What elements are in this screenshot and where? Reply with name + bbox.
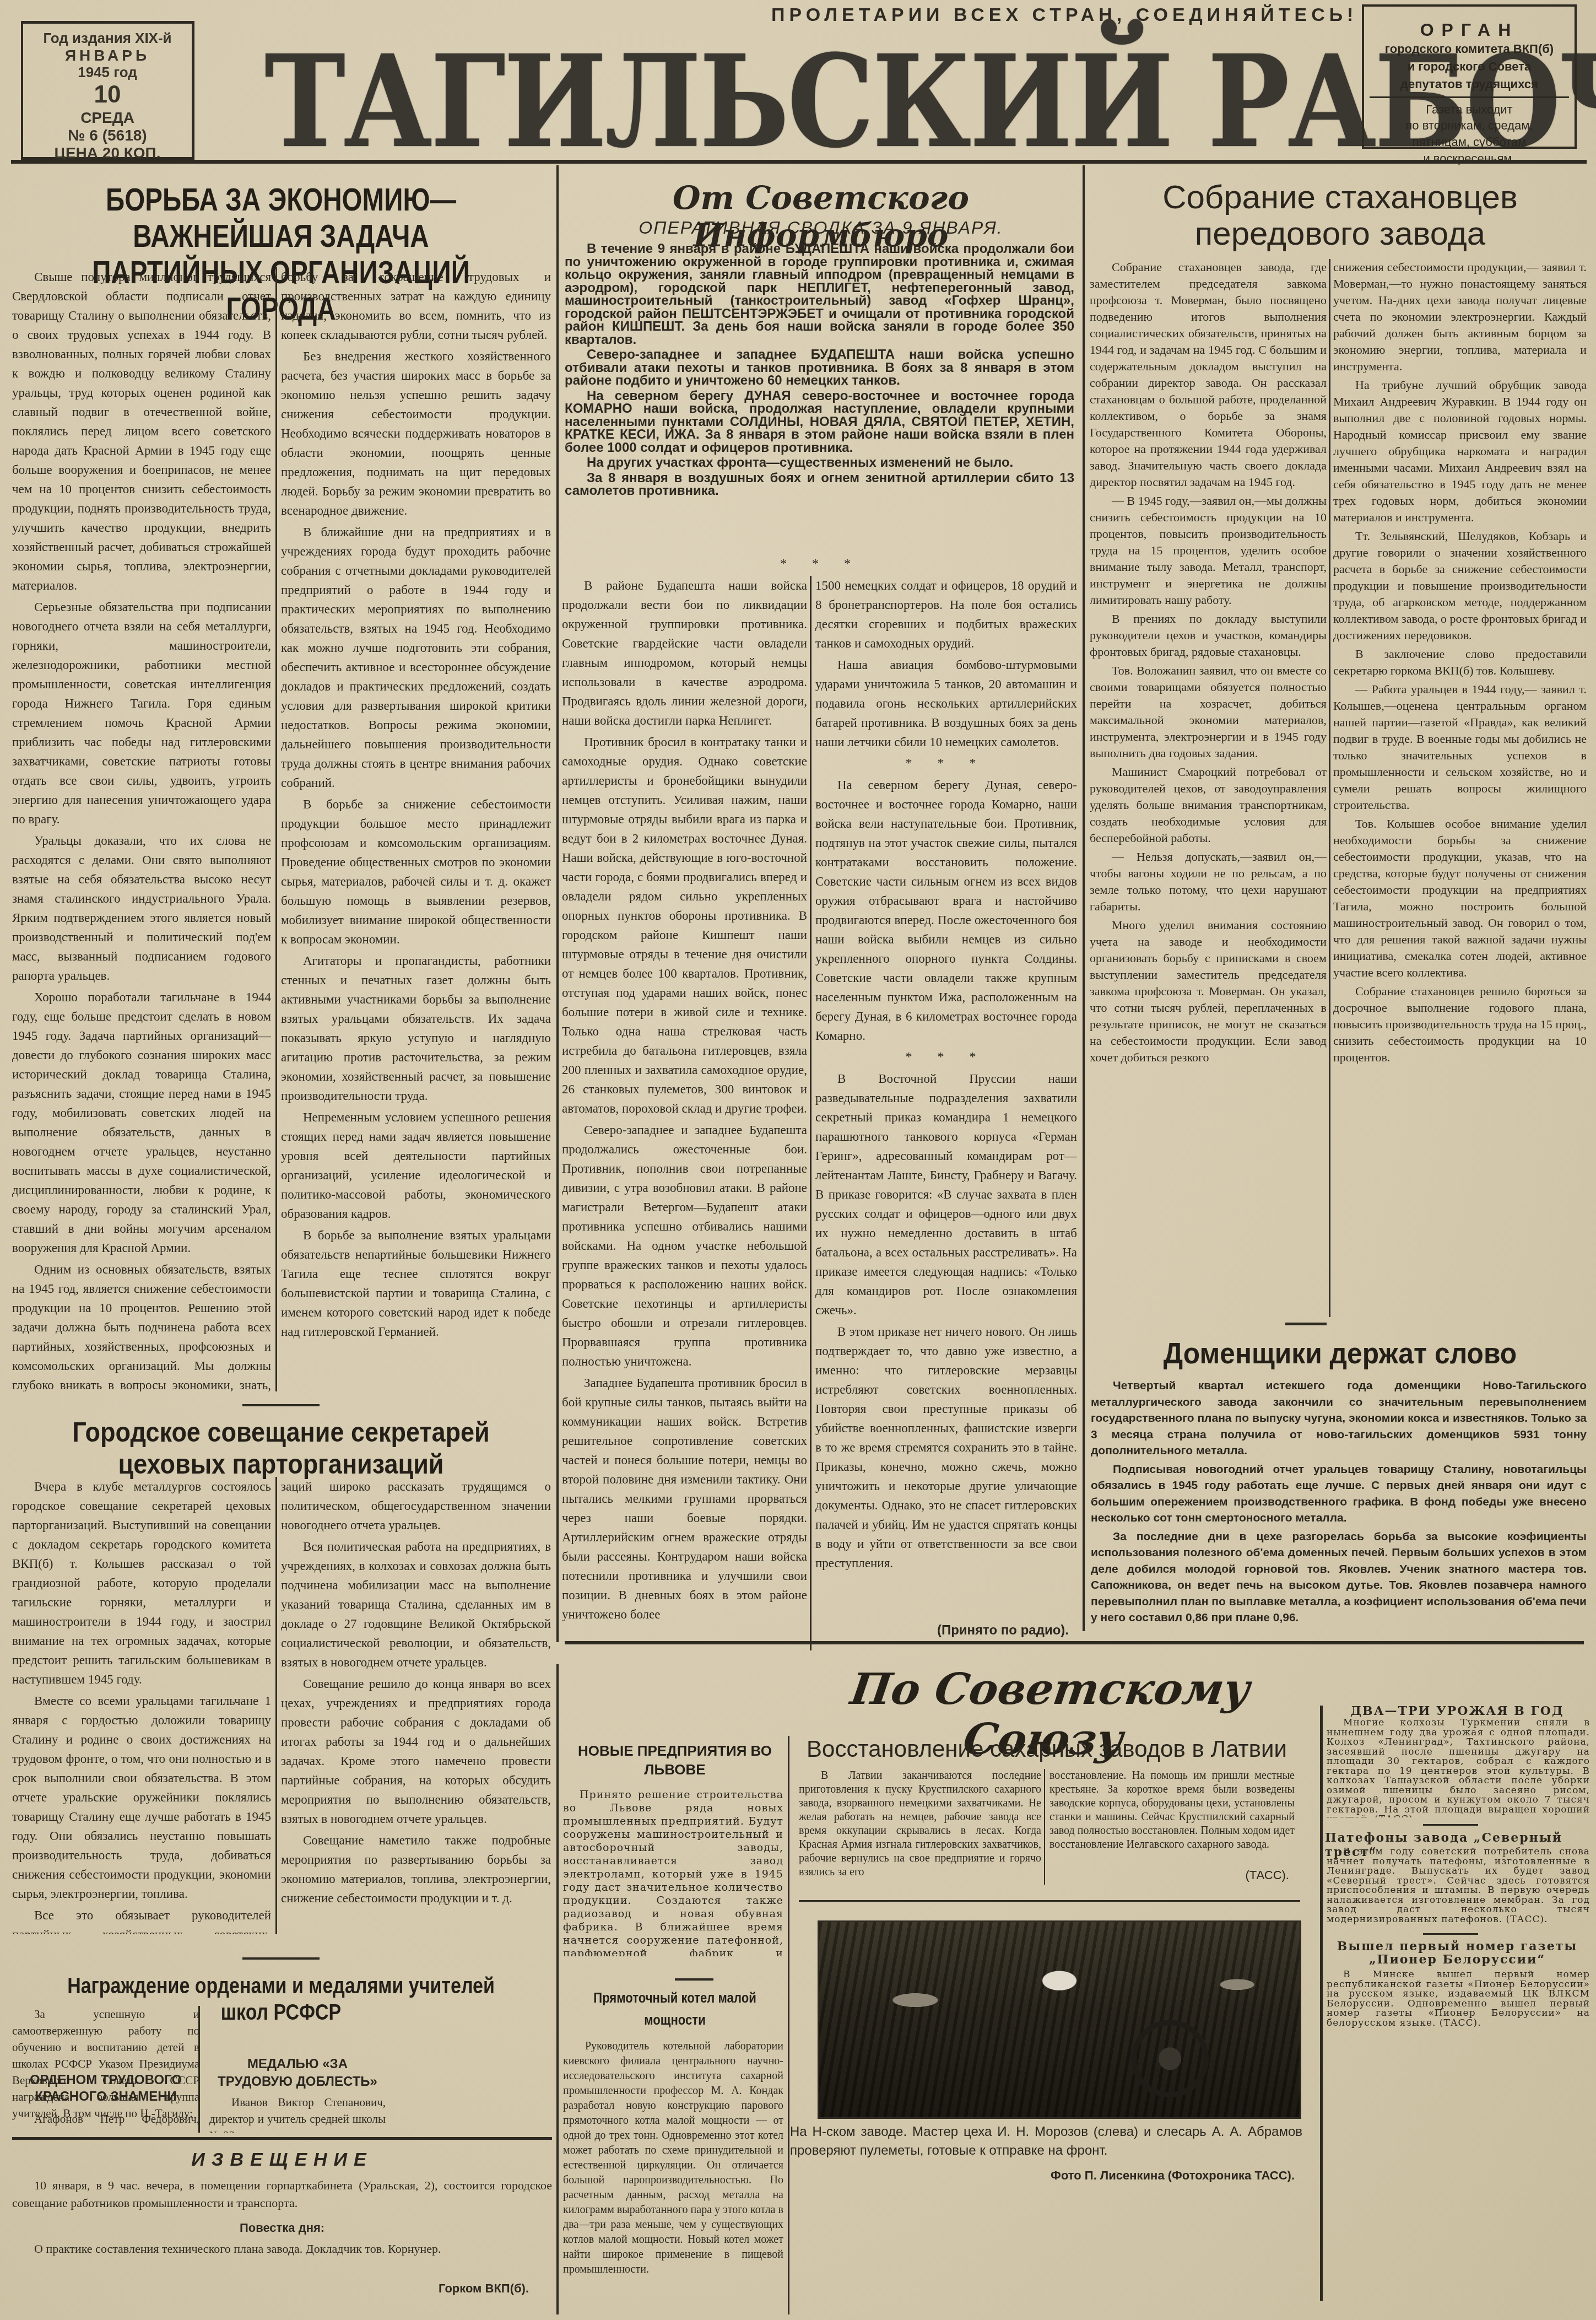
organ-line: и городского Совета [1364,58,1575,75]
latvia-source: (ТАСС). [1212,1868,1289,1882]
paragraph: Вся политическая работа на предприятиях,… [281,1537,551,1672]
paragraph: На северном берегу Дуная, северо-восточн… [815,775,1077,1045]
column-divider [810,576,811,1650]
paragraph: Противник бросил в контратаку танки и са… [562,732,807,1118]
secretaries-col-1: Вчера в клубе металлургов состоялось гор… [12,1477,271,1934]
column-divider [556,165,559,1642]
issue-weekday: СРЕДА [23,109,192,127]
latvia-col-2: восстановление. На помощь им пришли мест… [1049,1769,1295,1868]
paragraph: В Минске вышел первый номер республиканс… [1327,1970,1590,2028]
schedule-line: Газета выходит [1364,101,1575,118]
column-divider [275,1477,277,1934]
paragraph: Тт. Зельвянский, Шелудяков, Кобзарь и др… [1333,528,1587,644]
stakhanov-col-1: Собрание стахановцев завода, где замести… [1090,259,1327,1317]
notice-signature: Горком ВКП(б). [309,2281,529,2296]
organ-line: депутатов трудящихся [1364,75,1575,93]
paragraph: заций широко рассказать трудящимся о пол… [281,1477,551,1535]
paragraph: борьбу за сокращение трудовых и производ… [281,267,551,344]
domenshchiki-text: Четвертый квартал истекшего года доменщи… [1091,1378,1587,1637]
headline-line: Городское совещание секретарей [38,1416,524,1448]
schedule-line: пятницам, субботам [1364,134,1575,150]
publication-year: Год издания XIX-й [23,30,192,47]
notice-text: 10 января, в 9 час. вечера, в помещении … [12,2177,552,2221]
agenda-text: О практике составления технического план… [12,2240,552,2279]
paragraph: Принято решение строительства во Львове … [563,1788,783,1956]
photo-caption: На Н-ском заводе. Мастер цеха И. Н. Моро… [790,2123,1302,2167]
boiler-text: Руководитель котельной лаборатории киевс… [563,2039,783,2314]
section-rule [565,1641,1584,1644]
paragraph: Агафонов Петр Федорович, инспектор город… [12,2111,199,2133]
secretaries-headline: Городское совещание секретарей цеховых п… [38,1416,524,1480]
column-divider [198,2006,200,2133]
headline-line: БОРЬБА ЗА ЭКОНОМИЮ—ВАЖНЕЙШАЯ ЗАДАЧА [59,182,502,255]
paragraph: 1500 немецких солдат и офицеров, 18 оруд… [815,576,1077,653]
latvia-headline: Восстановление сахарных заводов в Латвии [793,1736,1300,1762]
paragraph: В течение 9 января в районе БУДАПЕШТА на… [565,242,1074,346]
radio-source: (Принято по радио). [881,1623,1069,1638]
paragraph: Непременным условием успешного решения с… [281,1108,551,1223]
paragraph: Вчера в клубе металлургов состоялось гор… [12,1477,271,1689]
order-title: ОРДЕНОМ ТРУДОВОГО КРАСНОГО ЗНАМЕНИ [12,2072,199,2105]
paragraph: Машинист Смароцкий потребовал от руковод… [1090,764,1327,846]
paragraph: — В 1945 году,—заявил он,—мы должны сниз… [1090,493,1327,608]
ornament-divider [1423,1933,1478,1935]
paragraph: В борьбе за снижение себестоимости проду… [281,795,551,949]
harvest-headline: ДВА—ТРИ УРОЖАЯ В ГОД [1325,1704,1589,1718]
paragraph: Наша авиация бомбово-штурмовыми ударами … [815,655,1077,752]
ornament-divider [242,1404,320,1406]
issue-info-box: Год издания XIX-й ЯНВАРЬ 1945 год 10 СРЕ… [21,21,194,160]
paragraph: Северо-западнее и западнее Будапешта про… [562,1120,807,1371]
informburo-col-2: 1500 немецких солдат и офицеров, 18 оруд… [815,576,1077,1623]
secretaries-col-2: заций широко рассказать трудящимся о пол… [281,1477,551,1934]
paragraph: Все это обязывает руководителей партийны… [12,1906,271,1934]
paragraph: Собрание стахановцев решило бороться за … [1333,983,1587,1066]
informburo-lead: В течение 9 января в районе БУДАПЕШТА на… [565,242,1074,551]
paragraph: В Латвии заканчиваются последние пригото… [799,1769,1041,1879]
ornament-divider [242,1957,320,1960]
paragraph: Иванов Виктор Степанович, директор и учи… [209,2094,386,2133]
organ-box: ОРГАН городского комитета ВКП(б) и город… [1362,4,1577,149]
column-divider [556,1664,559,2314]
schedule-line: и воскресеньям. [1364,150,1575,167]
paragraph: восстановление. На помощь им пришли мест… [1049,1769,1295,1852]
issue-month: ЯНВАРЬ [23,47,192,64]
organ-heading: ОРГАН [1364,20,1575,40]
ornament-divider [675,1978,713,1981]
separator-stars: * * * [562,557,1080,571]
photo-credit: Фото П. Лисенкина (Фотохроника ТАСС). [992,2168,1295,2183]
newspaper-title: ТАГИЛЬСКИЙ РАБОЧИЙ [264,39,1212,165]
paragraph: Западнее Будапешта противник бросил в бо… [562,1373,807,1624]
paragraph: 10 января, в 9 час. вечера, в помещении … [12,2177,552,2212]
paragraph: В этом приказе нет ничего нового. Он лиш… [815,1322,1077,1573]
headline-line: Собрание стахановцев [1088,179,1592,215]
lviv-headline: НОВЫЕ ПРЕДПРИЯТИЯ ВО ЛЬВОВЕ [562,1741,788,1779]
paragraph: На северном берегу ДУНАЯ северо-восточне… [565,390,1074,455]
gramophones-text: В этом году советский потребитель снова … [1327,1847,1590,1930]
paragraph: В борьбе за выполнение взятых уральцами … [281,1226,551,1341]
paragraph: Совещание решило до конца января во всех… [281,1674,551,1828]
stakhanov-headline: Собрание стахановцев передового завода [1088,179,1592,252]
issue-day: 10 [23,81,192,109]
paragraph: снижения себестоимости продукции,— заяви… [1333,259,1587,375]
issue-year: 1945 год [23,64,192,81]
column-divider [275,267,277,1391]
ornament-divider [1423,1824,1478,1826]
paragraph: Без внедрения жесткого хозяйственного ра… [281,347,551,520]
headline-line: передового завода [1088,215,1592,252]
paragraph: В районе Будапешта наши войска продолжал… [562,576,807,730]
informburo-subheadline: ОПЕРАТИВНАЯ СВОДКА ЗА 9 ЯНВАРЯ. [562,218,1080,238]
paragraph: Агитаторы и пропагандисты, работники сте… [281,951,551,1105]
slogan: ПРОЛЕТАРИИ ВСЕХ СТРАН, СОЕДИНЯЙТЕСЬ! [771,4,1357,26]
headline-line: цеховых парторганизаций [38,1448,524,1480]
masthead-rule [11,160,1587,164]
paragraph: В Восточной Пруссии наши разведывательны… [815,1069,1077,1320]
domenshchiki-headline: Доменщики держат слово [1108,1336,1572,1371]
section-rule [799,1900,1300,1902]
factory-photo [818,1920,1301,2119]
section-rule [12,2137,552,2140]
paragraph: На трибуне лучший обрубщик завода Михаил… [1333,377,1587,526]
schedule-line: по вторникам, средам, [1364,117,1575,134]
stakhanov-col-2: снижения себестоимости продукции,— заяви… [1333,259,1587,1317]
issue-number: № 6 (5618) [23,127,192,144]
paragraph: Тов. Воложанин заявил, что он вместе со … [1090,662,1327,762]
informburo-col-1: В районе Будапешта наши войска продолжал… [562,576,807,1650]
order-recipient: Агафонов Петр Федорович, инспектор город… [12,2111,199,2133]
economy-col-1: Свыше полутора миллионов трудящихся Свер… [12,267,271,1391]
paragraph: Много уделил внимания состоянию учета на… [1090,917,1327,1066]
paragraph: О практике составления технического план… [12,2240,552,2258]
paragraph: — Работа уральцев в 1944 году,— заявил т… [1333,681,1587,813]
paragraph: За 8 января в воздушных боях и огнем зен… [565,472,1074,498]
paragraph: Многие колхозы Туркмении сняли в нынешне… [1327,1718,1590,1817]
organ-line: городского комитета ВКП(б) [1364,40,1575,58]
paragraph: — Нельзя допускать,—заявил он,—чтобы ваг… [1090,849,1327,915]
economy-col-2: борьбу за сокращение трудовых и производ… [281,267,551,1391]
notice-heading: ИЗВЕЩЕНИЕ [12,2149,552,2171]
column-divider [1320,1706,1323,2301]
paragraph: В этом году советский потребитель снова … [1327,1847,1590,1924]
harvest-text: Многие колхозы Туркмении сняли в нынешне… [1327,1718,1590,1817]
divider [1370,96,1569,98]
medal-title: МЕДАЛЬЮ «ЗА ТРУДОВУЮ ДОБЛЕСТЬ» [209,2055,386,2091]
paragraph: Подписывая новогодний отчет уральцев тов… [1091,1461,1587,1526]
paragraph: Серьезные обязательства при подписании н… [12,597,271,829]
column-divider [1044,1769,1045,1885]
latvia-col-1: В Латвии заканчиваются последние пригото… [799,1769,1041,1885]
paragraph: На других участках фронта—существенных и… [565,456,1074,470]
paragraph: Уральцы доказали, что их слова не расход… [12,831,271,985]
agenda-label: Повестка дня: [12,2221,552,2235]
paragraph: Тов. Колышев особое внимание уделил необ… [1333,816,1587,981]
paragraph: В ближайшие дни на предприятиях и в учре… [281,522,551,792]
paragraph: Вместе со всеми уральцами тагильчане 1 я… [12,1691,271,1903]
paragraph: В прениях по докладу выступили руководит… [1090,611,1327,660]
paragraph: Руководитель котельной лаборатории киевс… [563,2039,783,2277]
paragraph: Свыше полутора миллионов трудящихся Свер… [12,267,271,595]
separator-stars: * * * [815,754,1077,773]
lviv-text: Принято решение строительства во Львове … [563,1788,783,1956]
ornament-divider [1285,1323,1327,1325]
paragraph: В заключение слово предоставили секретар… [1333,646,1587,679]
paragraph: Одним из основных обязательств, взятых н… [12,1260,271,1391]
paragraph: Собрание стахановцев завода, где замести… [1090,259,1327,490]
paragraph: Совещание наметило также подробные мероп… [281,1831,551,1908]
boiler-headline: Прямоточный котел малой мощности [579,1987,771,2031]
paragraph: За последние дни в цехе разгорелась борь… [1091,1529,1587,1626]
pioneer-text: В Минске вышел первый номер республиканс… [1327,1970,1590,2053]
column-divider [1329,259,1330,1317]
paragraph: Хорошо поработали тагильчане в 1944 году… [12,988,271,1258]
paragraph: Четвертый квартал истекшего года доменщи… [1091,1378,1587,1459]
medal-recipient: Иванов Виктор Степанович, директор и учи… [209,2094,386,2133]
pioneer-headline: Вышел первый номер газеты „Пионер Белору… [1333,1940,1581,1966]
column-divider [1083,165,1085,1631]
separator-stars: * * * [815,1048,1077,1067]
column-divider [788,1736,789,2314]
paragraph: Северо-западнее и западнее БУДАПЕШТА наш… [565,348,1074,387]
